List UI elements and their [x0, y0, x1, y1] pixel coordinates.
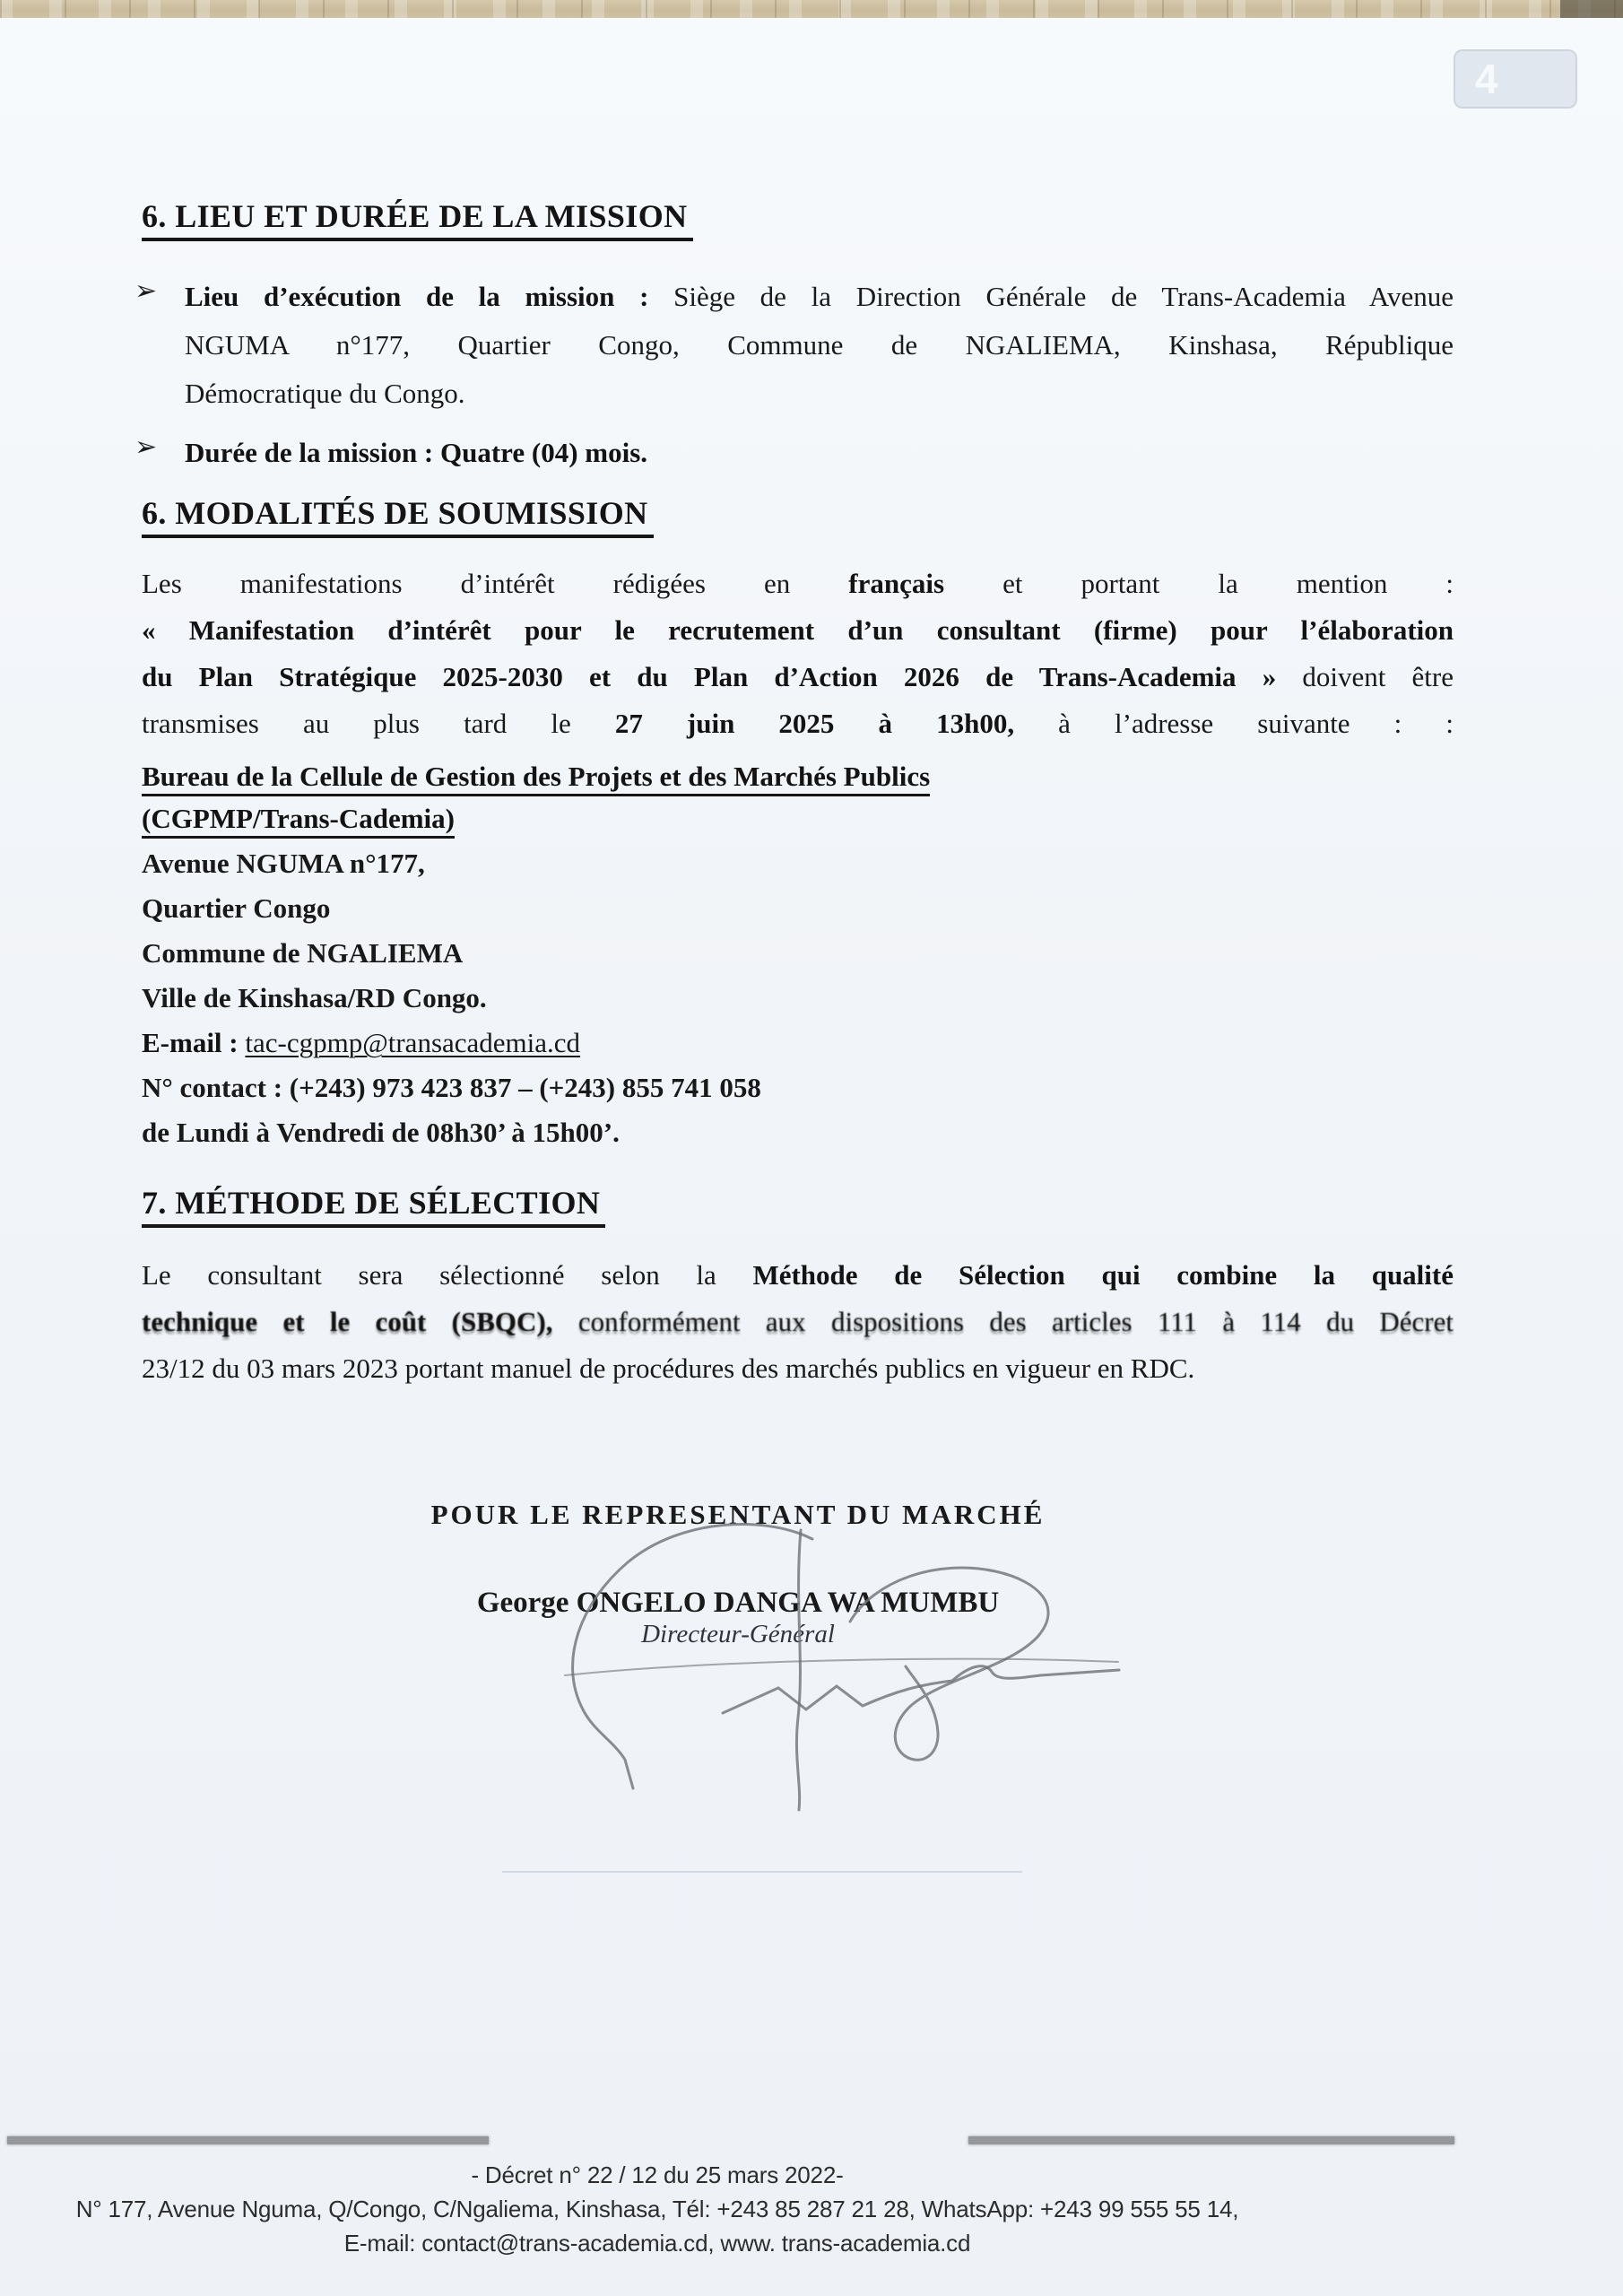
hours-line: de Lundi à Vendredi de 08h30’ à 15h00’. — [142, 1110, 1454, 1155]
email-line: E-mail : tac-cgpmp@transacademia.cd — [142, 1021, 1454, 1065]
bullet-duree-mission: ➢ Durée de la mission : Quatre (04) mois… — [135, 429, 1454, 477]
body-line: transmises au plus tard le 27 juin 2025 … — [142, 700, 1454, 747]
bullet-arrow-icon: ➢ — [135, 275, 157, 307]
body-line: Les manifestations d’intérêt rédigées en… — [142, 561, 1454, 607]
text-run: conformément aux dispositions des articl… — [553, 1306, 1454, 1337]
bold-run: du Plan Stratégique 2025-2030 et du Plan… — [142, 661, 1276, 692]
signature-stroke — [723, 1666, 1119, 1713]
paper-crease-line — [502, 1871, 1022, 1873]
text-run: Siège de la Direction Générale de Trans-… — [673, 281, 1454, 312]
signature-stroke — [573, 1525, 812, 1788]
email-label: E-mail : — [142, 1027, 245, 1058]
heading-text: 6. MODALITÉS DE SOUMISSION — [142, 494, 654, 538]
address-line: Ville de Kinshasa/RD Congo. — [142, 976, 1454, 1021]
body-line: Bureau de la Cellule de Gestion des Proj… — [142, 753, 1454, 800]
text-run: à l’adresse suivante : : — [1014, 708, 1454, 739]
text-run: et portant la mention : — [944, 568, 1454, 599]
bold-run: français — [848, 568, 944, 599]
address-line: Commune de NGALIEMA — [142, 931, 1454, 976]
heading-text: 6. LIEU ET DURÉE DE LA MISSION — [142, 197, 693, 241]
bold-run: Lieu d’exécution de la mission : — [185, 281, 673, 312]
body-line: Durée de la mission : Quatre (04) mois. — [185, 429, 1454, 477]
page-number-badge: 4 — [1454, 49, 1577, 109]
bureau-line-2: (CGPMP/Trans-Cademia) — [142, 796, 1454, 842]
body-line: NGUMA n°177, Quartier Congo, Commune de … — [185, 321, 1454, 370]
footer-separator-left — [7, 2136, 489, 2144]
page-number: 4 — [1475, 55, 1498, 103]
body-line: Démocratique du Congo. — [185, 370, 1454, 418]
bullet-lieu-execution: ➢ Lieu d’exécution de la mission : Siège… — [135, 273, 1454, 418]
scanned-page: 4 6. LIEU ET DURÉE DE LA MISSION ➢ Lieu … — [0, 0, 1623, 2296]
contact-line: N° contact : (+243) 973 423 837 – (+243)… — [142, 1065, 1454, 1110]
body-line: « Manifestation d’intérêt pour le recrut… — [142, 607, 1454, 654]
bold-run: Méthode de Sélection qui combine la qual… — [752, 1259, 1454, 1291]
paragraph-methode: Le consultant sera sélectionné selon la … — [142, 1252, 1454, 1392]
email-address: tac-cgpmp@transacademia.cd — [245, 1027, 580, 1058]
body-line: Le consultant sera sélectionné selon la … — [142, 1252, 1454, 1299]
signatory-name: George ONGELO DANGA WA MUMBU — [21, 1587, 1455, 1620]
heading-lieu-et-duree: 6. LIEU ET DURÉE DE LA MISSION — [142, 197, 693, 241]
footer-contact-line: E-mail: contact@trans-academia.cd, www. … — [0, 2226, 1315, 2260]
signature-stroke — [565, 1659, 1118, 1675]
body-line: du Plan Stratégique 2025-2030 et du Plan… — [142, 654, 1454, 700]
footer-address-line: N° 177, Avenue Nguma, Q/Congo, C/Ngaliem… — [0, 2192, 1315, 2226]
footer-separator-right — [968, 2136, 1454, 2144]
heading-modalites: 6. MODALITÉS DE SOUMISSION — [142, 494, 654, 538]
signatory-for-line: POUR LE REPRESENTANT DU MARCHÉ — [21, 1499, 1455, 1531]
text-run: doivent être — [1276, 661, 1454, 692]
body-line: 23/12 du 03 mars 2023 portant manuel de … — [142, 1345, 1454, 1392]
bold-run: Durée de la mission : Quatre (04) mois. — [185, 437, 647, 468]
text-run: transmises au plus tard le — [142, 708, 615, 739]
body-line: (CGPMP/Trans-Cademia) — [142, 796, 1454, 842]
page-footer: - Décret n° 22 / 12 du 25 mars 2022- N° … — [0, 2158, 1315, 2260]
bold-run: 27 juin 2025 à 13h00, — [615, 708, 1014, 739]
body-line-smudged: technique et le coût (SBQC), conformémen… — [142, 1299, 1454, 1345]
footer-decret-line: - Décret n° 22 / 12 du 25 mars 2022- — [0, 2158, 1315, 2192]
heading-methode: 7. MÉTHODE DE SÉLECTION — [142, 1184, 605, 1228]
signature-stroke — [796, 1530, 801, 1810]
address-line: Quartier Congo — [142, 886, 1454, 931]
bold-run: technique et le coût (SBQC), — [142, 1306, 553, 1337]
bold-run: « Manifestation d’intérêt pour le recrut… — [142, 614, 1454, 646]
scan-edge-band — [0, 0, 1623, 18]
body-line: Lieu d’exécution de la mission : Siège d… — [185, 273, 1454, 321]
bold-underlined-run: Bureau de la Cellule de Gestion des Proj… — [142, 761, 930, 796]
text-run: Le consultant sera sélectionné selon la — [142, 1259, 752, 1291]
heading-text: 7. MÉTHODE DE SÉLECTION — [142, 1184, 605, 1228]
paragraph-soumission: Les manifestations d’intérêt rédigées en… — [142, 561, 1454, 747]
address-line: Avenue NGUMA n°177, — [142, 841, 1454, 886]
signatory-title: Directeur-Général — [21, 1620, 1455, 1649]
bureau-line-1: Bureau de la Cellule de Gestion des Proj… — [142, 753, 1454, 800]
bold-underlined-run: (CGPMP/Trans-Cademia) — [142, 804, 455, 839]
address-block: Avenue NGUMA n°177, Quartier Congo Commu… — [142, 841, 1454, 1155]
text-run: Les manifestations d’intérêt rédigées en — [142, 568, 848, 599]
bullet-arrow-icon: ➢ — [135, 431, 157, 463]
